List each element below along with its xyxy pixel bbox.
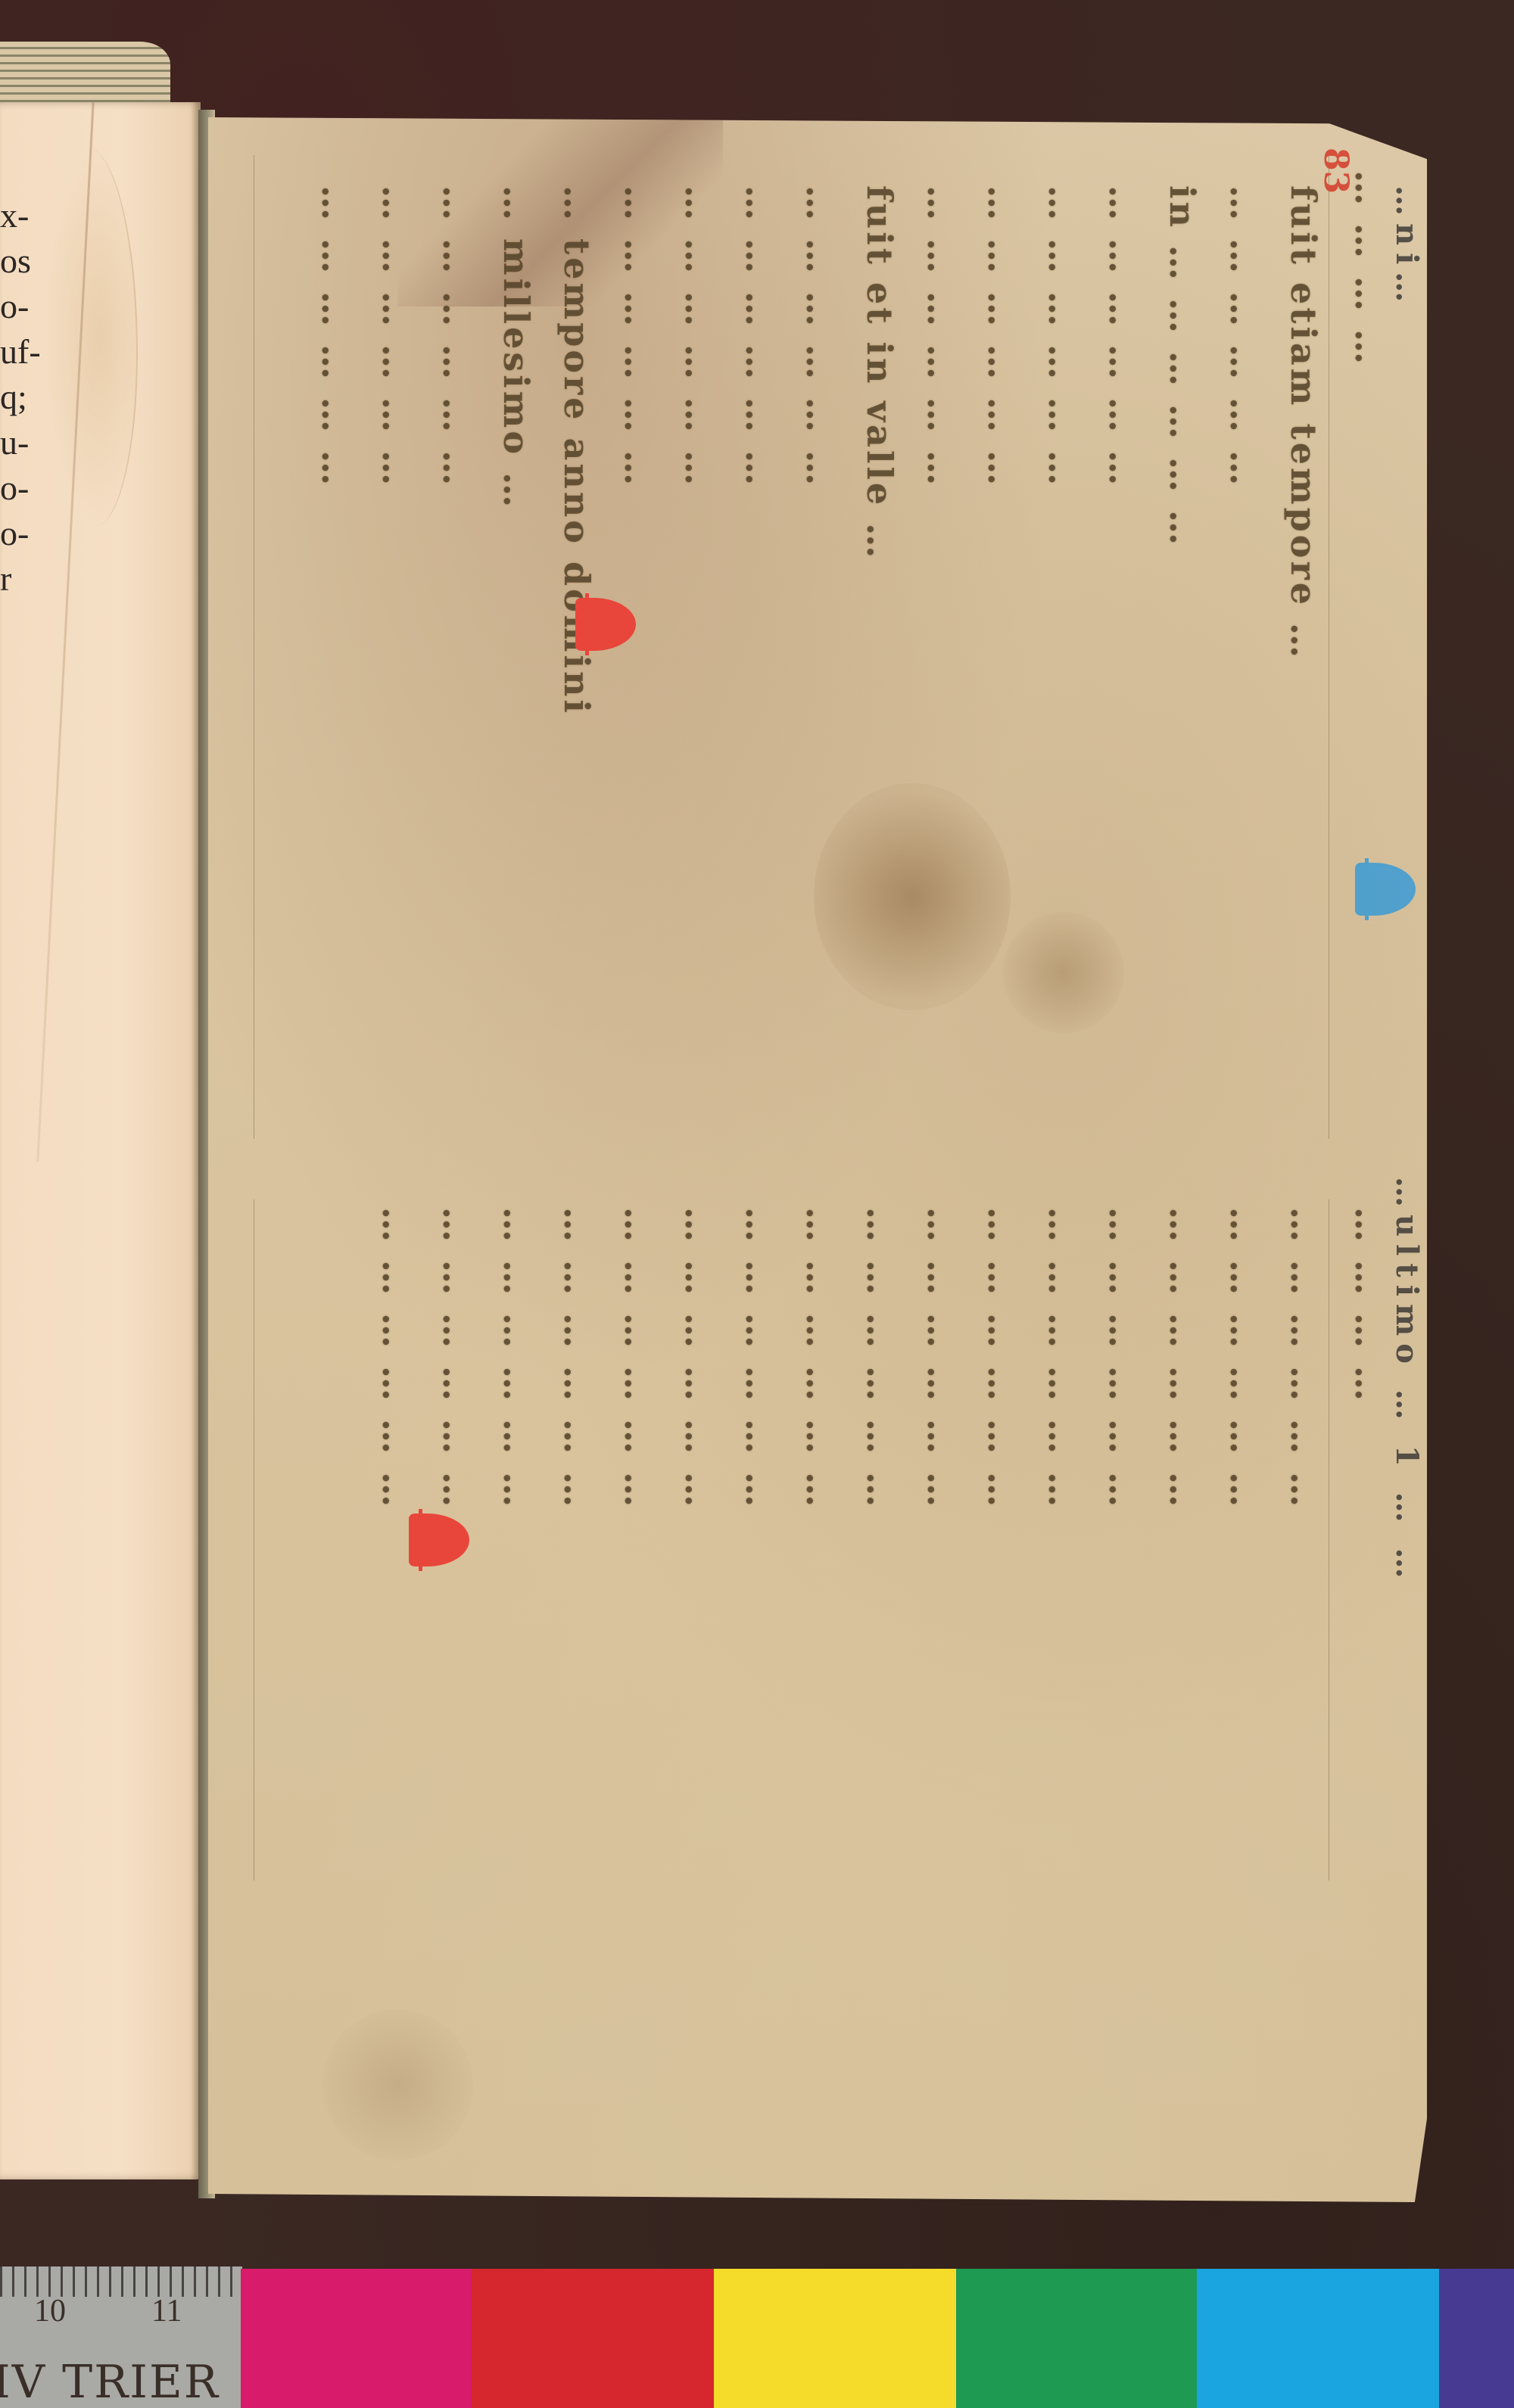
text-line: … … … …: [1347, 170, 1388, 367]
text-line: … … … … … …: [617, 185, 658, 488]
text-line: … … … … … …: [1223, 1207, 1263, 1510]
color-swatch-yellow: [714, 2269, 956, 2408]
printed-line: q;: [0, 375, 68, 420]
printed-line: o-: [0, 465, 68, 511]
ruling-line: [1329, 1199, 1329, 1881]
text-line: … … … … … …: [617, 1207, 658, 1510]
printed-text-fragments: x- os o- uf- q; u- o- o- r: [0, 193, 68, 602]
scale-ruler: 10 11 IV TRIER: [0, 2266, 242, 2408]
ruler-ticks: [0, 2266, 242, 2297]
text-line: … … … … … …: [556, 1207, 597, 1510]
text-line: in … … … … … …: [1162, 185, 1203, 548]
text-line: … … … … … …: [799, 1207, 840, 1510]
water-spot: [1003, 912, 1124, 1033]
text-line: … … … … … …: [1041, 1207, 1082, 1510]
text-line: … … … … … …: [314, 185, 355, 488]
text-line: … … … … … …: [920, 1207, 961, 1510]
folio-number: 83: [1316, 148, 1355, 194]
text-line: … … … …: [1347, 1207, 1388, 1404]
text-line: … … … … … …: [920, 185, 961, 488]
text-line: … … … … … …: [496, 1207, 537, 1510]
text-line: fuit et in valle …: [859, 185, 900, 561]
printed-line: u-: [0, 420, 68, 465]
printed-line: o-: [0, 284, 68, 329]
water-spot: [322, 2009, 473, 2161]
text-line: … … … … … …: [980, 1207, 1021, 1510]
text-line: … … … … … …: [1101, 185, 1142, 488]
text-line: … … … … … …: [435, 1207, 476, 1510]
printed-line: r: [0, 556, 68, 602]
running-head: …ultimo … 1 … …: [1389, 1177, 1425, 1586]
text-line: … … … … … …: [375, 1207, 416, 1510]
water-spot: [814, 783, 1011, 1010]
color-swatch-red: [472, 2269, 714, 2408]
text-line: … … … … … …: [1223, 185, 1263, 488]
text-line: … … … … … …: [678, 1207, 718, 1510]
color-swatch-magenta: [241, 2269, 472, 2408]
text-line: … … … … … …: [859, 1207, 900, 1510]
text-line: … … … … … …: [980, 185, 1021, 488]
printed-line: x-: [0, 193, 68, 238]
text-line: … … … … … …: [1101, 1207, 1142, 1510]
text-line: … … … … … …: [1162, 1207, 1203, 1510]
text-line: … … … … … …: [799, 185, 840, 488]
manuscript-leaf: … … … … fuit etiam tempore … … … … … … ……: [208, 117, 1427, 2202]
ruling-line: [1329, 155, 1329, 1139]
text-line: … … … … … …: [678, 185, 718, 488]
text-line: fuit etiam tempore …: [1283, 185, 1324, 661]
printed-line: o-: [0, 511, 68, 556]
printed-line: os: [0, 238, 68, 284]
running-head: …ni…: [1389, 185, 1425, 310]
text-line: … … … … … …: [738, 1207, 779, 1510]
text-line: … … … … … …: [375, 185, 416, 488]
text-line: … … … … … …: [1041, 185, 1082, 488]
text-line: … millesimo …: [496, 185, 537, 510]
printed-line: uf-: [0, 329, 68, 375]
ruling-line: [254, 155, 254, 1139]
color-swatch-green: [956, 2269, 1197, 2408]
red-initial-icon: [409, 1514, 469, 1566]
ruling-line: [254, 1199, 254, 1881]
color-swatch-violet: [1439, 2269, 1514, 2408]
text-line: … … … … … …: [1283, 1207, 1324, 1510]
text-line: … … … … … …: [435, 185, 476, 488]
color-swatch-cyan: [1197, 2269, 1439, 2408]
blue-initial-icon: [1355, 863, 1416, 916]
text-line: … … … … … …: [738, 185, 779, 488]
ruler-number: 11: [151, 2293, 182, 2329]
red-initial-icon: [575, 598, 636, 651]
archive-label: IV TRIER: [0, 2356, 220, 2408]
ruler-number: 10: [34, 2293, 66, 2329]
